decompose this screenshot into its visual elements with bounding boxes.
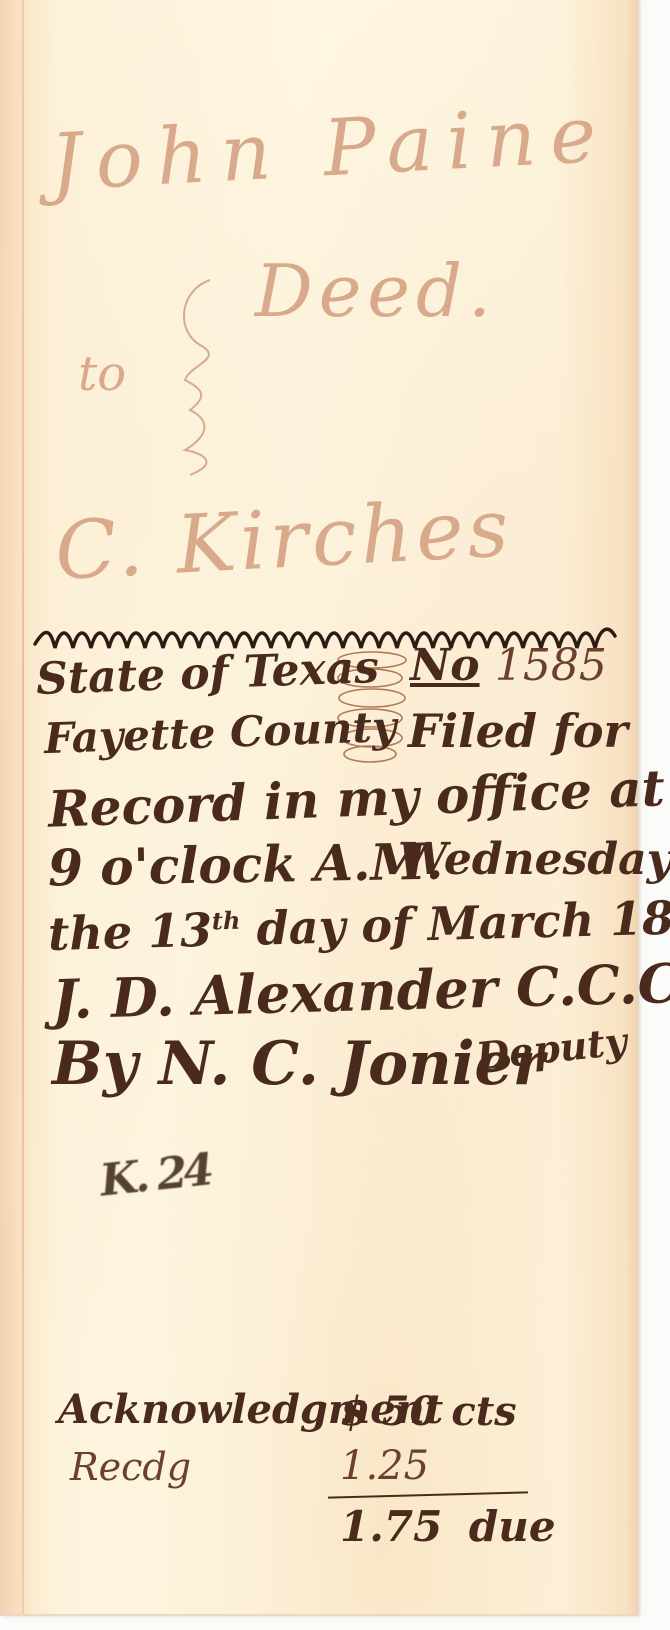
certificate-deputy-name: By N. C. Jonier [52, 1034, 544, 1094]
paper-sheet: John Paine to Deed. C. Kirches State of … [0, 0, 638, 1616]
certificate-number-label: No [410, 640, 480, 691]
paper-fold-line [22, 0, 24, 1614]
certificate-time: 9 o'clock A.M. [48, 837, 444, 894]
fee-total-label: due [469, 1502, 556, 1551]
certificate-date: the 13th day of March 1872 [48, 893, 670, 957]
certificate-county: Fayette County [43, 706, 397, 760]
fee-row1-amount: $ 50 cts [340, 1392, 517, 1432]
certificate-number-block: No 1585 [410, 644, 607, 688]
certificate-filed-for: Filed for [408, 708, 628, 754]
fee-sum-rule [328, 1491, 528, 1498]
fee-total-amount: 1.75 [340, 1502, 442, 1551]
grantor-name: John Paine [48, 95, 612, 202]
smudged-marginal-mark: K. 24 [98, 1144, 213, 1206]
fee-total: 1.75 due [340, 1506, 556, 1548]
certificate-weekday: Wednesday [398, 838, 670, 882]
certificate-state: State of Texas [35, 646, 379, 702]
instrument-type: Deed. [255, 255, 497, 327]
certificate-clerk-signature: J. D. Alexander C.C.C. [51, 956, 670, 1027]
certificate-date-suffix: day of March 1872 [256, 889, 670, 956]
fee-row2-amount: 1.25 [340, 1446, 429, 1486]
grantee-name: C. Kirches [53, 488, 514, 592]
certificate-date-prefix: the 13 [47, 903, 212, 961]
certificate-record-line: Record in my office at [47, 763, 665, 834]
fee-row2-label: Recdg [70, 1448, 191, 1486]
scanned-document-canvas: John Paine to Deed. C. Kirches State of … [0, 0, 670, 1630]
brace-flourish-icon [170, 270, 240, 480]
conveyance-word: to [78, 350, 126, 398]
certificate-number: 1585 [495, 640, 607, 691]
certificate-date-ordinal: th [211, 906, 240, 936]
